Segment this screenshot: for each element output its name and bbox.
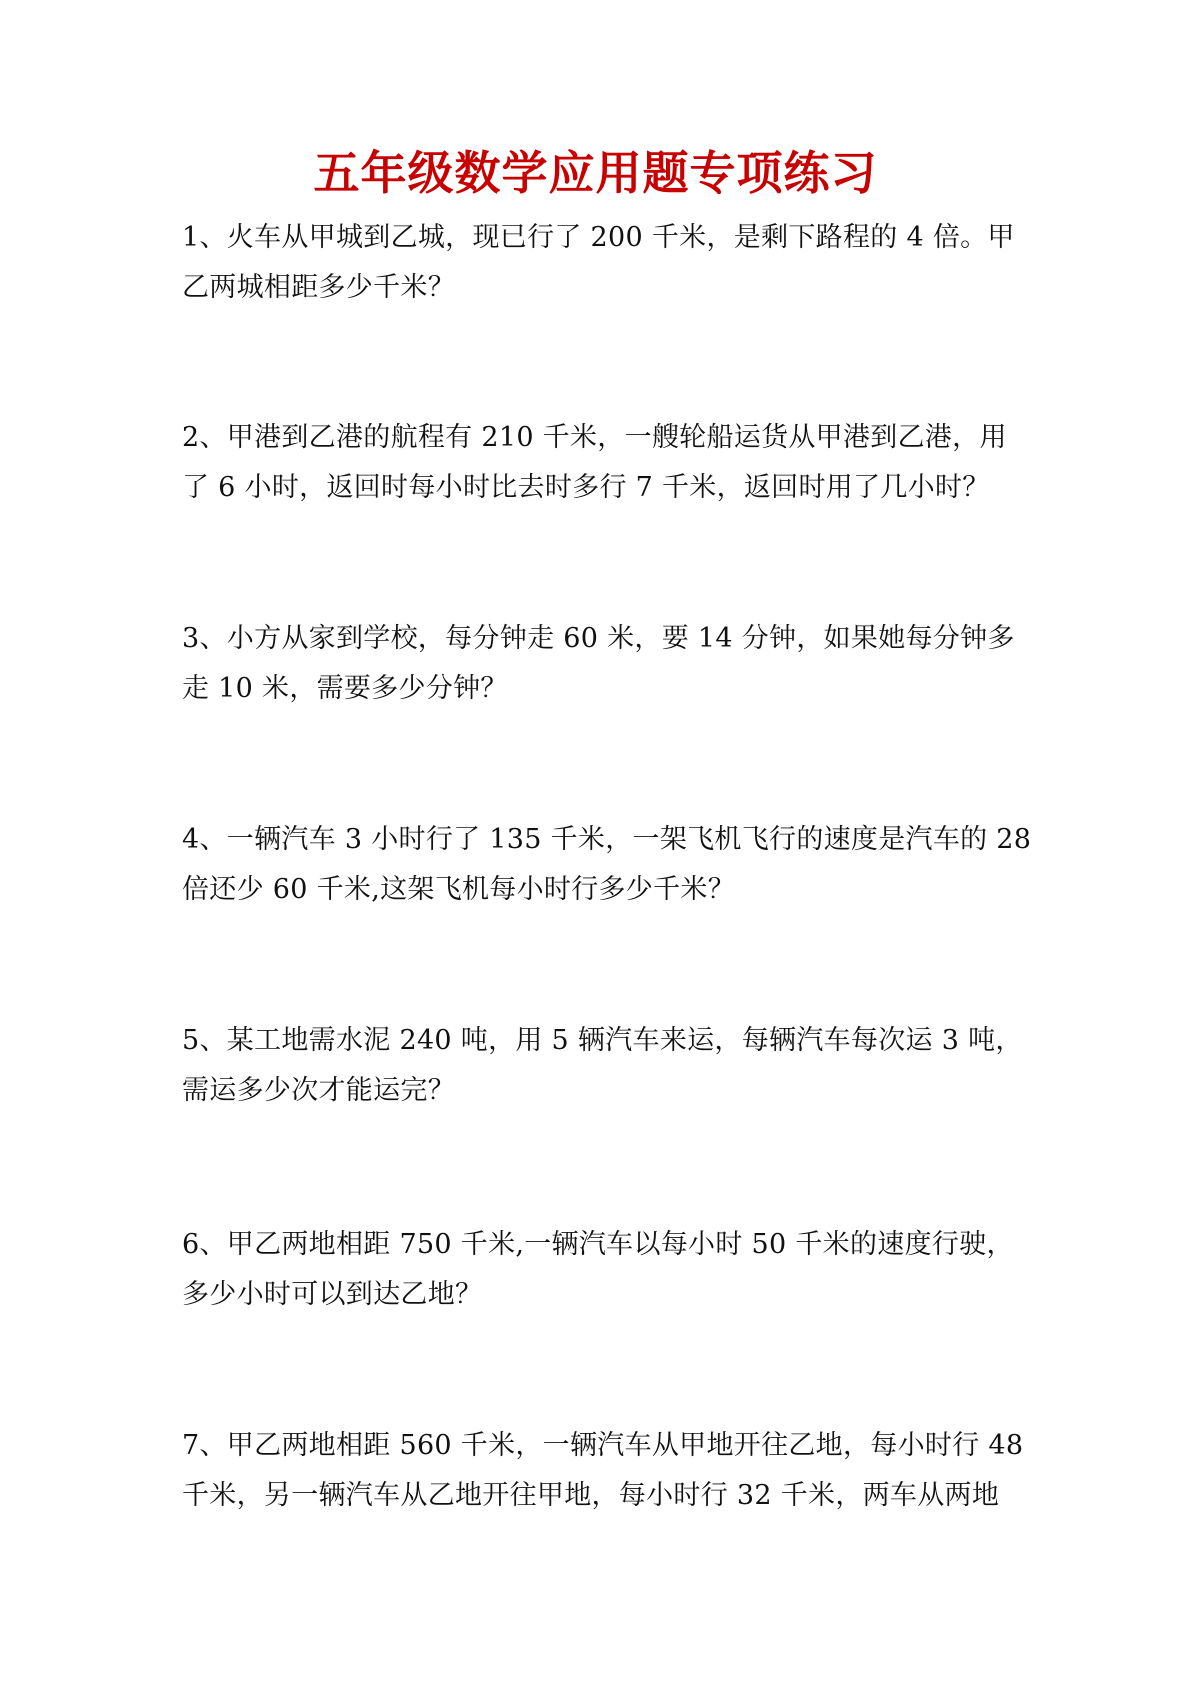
problem-text-line: 千米，另一辆汽车从乙地开往甲地，每小时行 32 千米，两车从两地: [182, 1471, 1022, 1521]
problem-text-line: 7、甲乙两地相距 560 千米，一辆汽车从甲地开往乙地，每小时行 48: [182, 1421, 1022, 1471]
problem-2: 2、甲港到乙港的航程有 210 千米，一艘轮船运货从甲港到乙港，用 了 6 小时…: [182, 413, 1022, 513]
problem-text-line: 2、甲港到乙港的航程有 210 千米，一艘轮船运货从甲港到乙港，用: [182, 413, 1022, 463]
problem-text-line: 了 6 小时，返回时每小时比去时多行 7 千米，返回时用了几小时？: [182, 463, 1022, 513]
problem-5: 5、某工地需水泥 240 吨，用 5 辆汽车来运，每辆汽车每次运 3 吨， 需运…: [182, 1016, 1022, 1116]
document-page: 五年级数学应用题专项练习 1、火车从甲城到乙城，现已行了 200 千米，是剩下路…: [0, 0, 1191, 1684]
page-title: 五年级数学应用题专项练习: [0, 146, 1191, 200]
problem-6: 6、甲乙两地相距 750 千米,一辆汽车以每小时 50 千米的速度行驶， 多少小…: [182, 1220, 1022, 1320]
problem-7: 7、甲乙两地相距 560 千米，一辆汽车从甲地开往乙地，每小时行 48 千米，另…: [182, 1421, 1022, 1521]
problem-text-line: 走 10 米，需要多少分钟？: [182, 664, 1022, 714]
problem-4: 4、一辆汽车 3 小时行了 135 千米，一架飞机飞行的速度是汽车的 28 倍还…: [182, 815, 1022, 915]
problem-text-line: 倍还少 60 千米,这架飞机每小时行多少千米？: [182, 865, 1022, 915]
problem-text-line: 多少小时可以到达乙地？: [182, 1270, 1022, 1320]
problem-3: 3、小方从家到学校，每分钟走 60 米，要 14 分钟，如果她每分钟多 走 10…: [182, 614, 1022, 714]
problem-text-line: 6、甲乙两地相距 750 千米,一辆汽车以每小时 50 千米的速度行驶，: [182, 1220, 1022, 1270]
problem-text-line: 需运多少次才能运完？: [182, 1066, 1022, 1116]
problem-text-line: 乙两城相距多少千米？: [182, 263, 1022, 313]
problem-text-line: 4、一辆汽车 3 小时行了 135 千米，一架飞机飞行的速度是汽车的 28: [182, 815, 1022, 865]
problem-text-line: 3、小方从家到学校，每分钟走 60 米，要 14 分钟，如果她每分钟多: [182, 614, 1022, 664]
problem-text-line: 5、某工地需水泥 240 吨，用 5 辆汽车来运，每辆汽车每次运 3 吨，: [182, 1016, 1022, 1066]
problem-text-line: 1、火车从甲城到乙城，现已行了 200 千米，是剩下路程的 4 倍。甲: [182, 213, 1022, 263]
problem-1: 1、火车从甲城到乙城，现已行了 200 千米，是剩下路程的 4 倍。甲 乙两城相…: [182, 213, 1022, 313]
